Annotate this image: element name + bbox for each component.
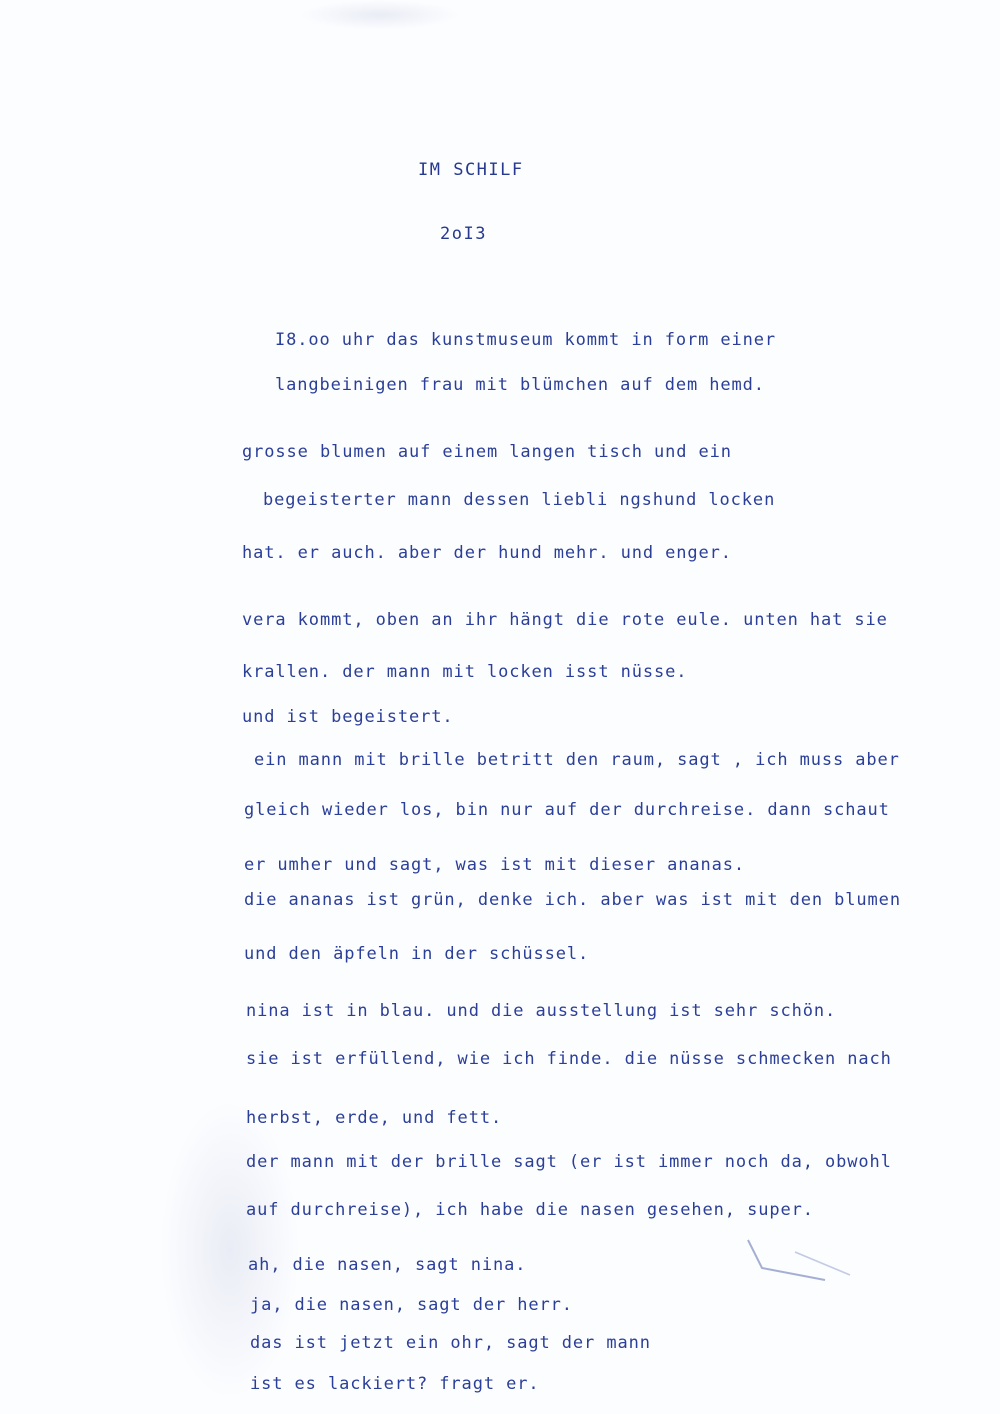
- text-line: die ananas ist grün, denke ich. aber was…: [244, 890, 901, 910]
- text-line: gleich wieder los, bin nur auf der durch…: [244, 800, 890, 820]
- text-line: ein mann mit brille betritt den raum, sa…: [254, 750, 900, 770]
- document-year: 2oI3: [440, 224, 487, 244]
- text-line: und ist begeistert.: [242, 707, 454, 727]
- text-line: der mann mit der brille sagt (er ist imm…: [246, 1152, 892, 1172]
- text-line: auf durchreise), ich habe die nasen gese…: [246, 1200, 814, 1220]
- text-line: und den äpfeln in der schüssel.: [244, 944, 589, 964]
- typewritten-page: IM SCHILF 2oI3 I8.oo uhr das kunstmuseum…: [0, 0, 1000, 1414]
- pencil-mark-icon: [740, 1230, 880, 1290]
- text-line: grosse blumen auf einem langen tisch und…: [242, 442, 732, 462]
- text-line: vera kommt, oben an ihr hängt die rote e…: [242, 610, 888, 630]
- text-line: herbst, erde, und fett.: [246, 1108, 502, 1128]
- text-line: das ist jetzt ein ohr, sagt der mann: [250, 1333, 651, 1353]
- text-line: krallen. der mann mit locken isst nüsse.: [242, 662, 687, 682]
- text-line: er umher und sagt, was ist mit dieser an…: [244, 855, 745, 875]
- text-line: ja, die nasen, sagt der herr.: [250, 1295, 573, 1315]
- text-line: nina ist in blau. und die ausstellung is…: [246, 1001, 836, 1021]
- text-line: hat. er auch. aber der hund mehr. und en…: [242, 543, 732, 563]
- text-line: langbeinigen frau mit blümchen auf dem h…: [275, 375, 765, 395]
- text-line: sie ist erfüllend, wie ich finde. die nü…: [246, 1049, 892, 1069]
- paper-smudge: [160, 1100, 300, 1400]
- text-line: ist es lackiert? fragt er.: [250, 1374, 540, 1394]
- text-line: begeisterter mann dessen liebli ngshund …: [263, 490, 775, 510]
- paper-smudge: [300, 0, 460, 30]
- text-line: ah, die nasen, sagt nina.: [248, 1255, 526, 1275]
- document-title: IM SCHILF: [418, 160, 524, 180]
- text-line: I8.oo uhr das kunstmuseum kommt in form …: [275, 330, 776, 350]
